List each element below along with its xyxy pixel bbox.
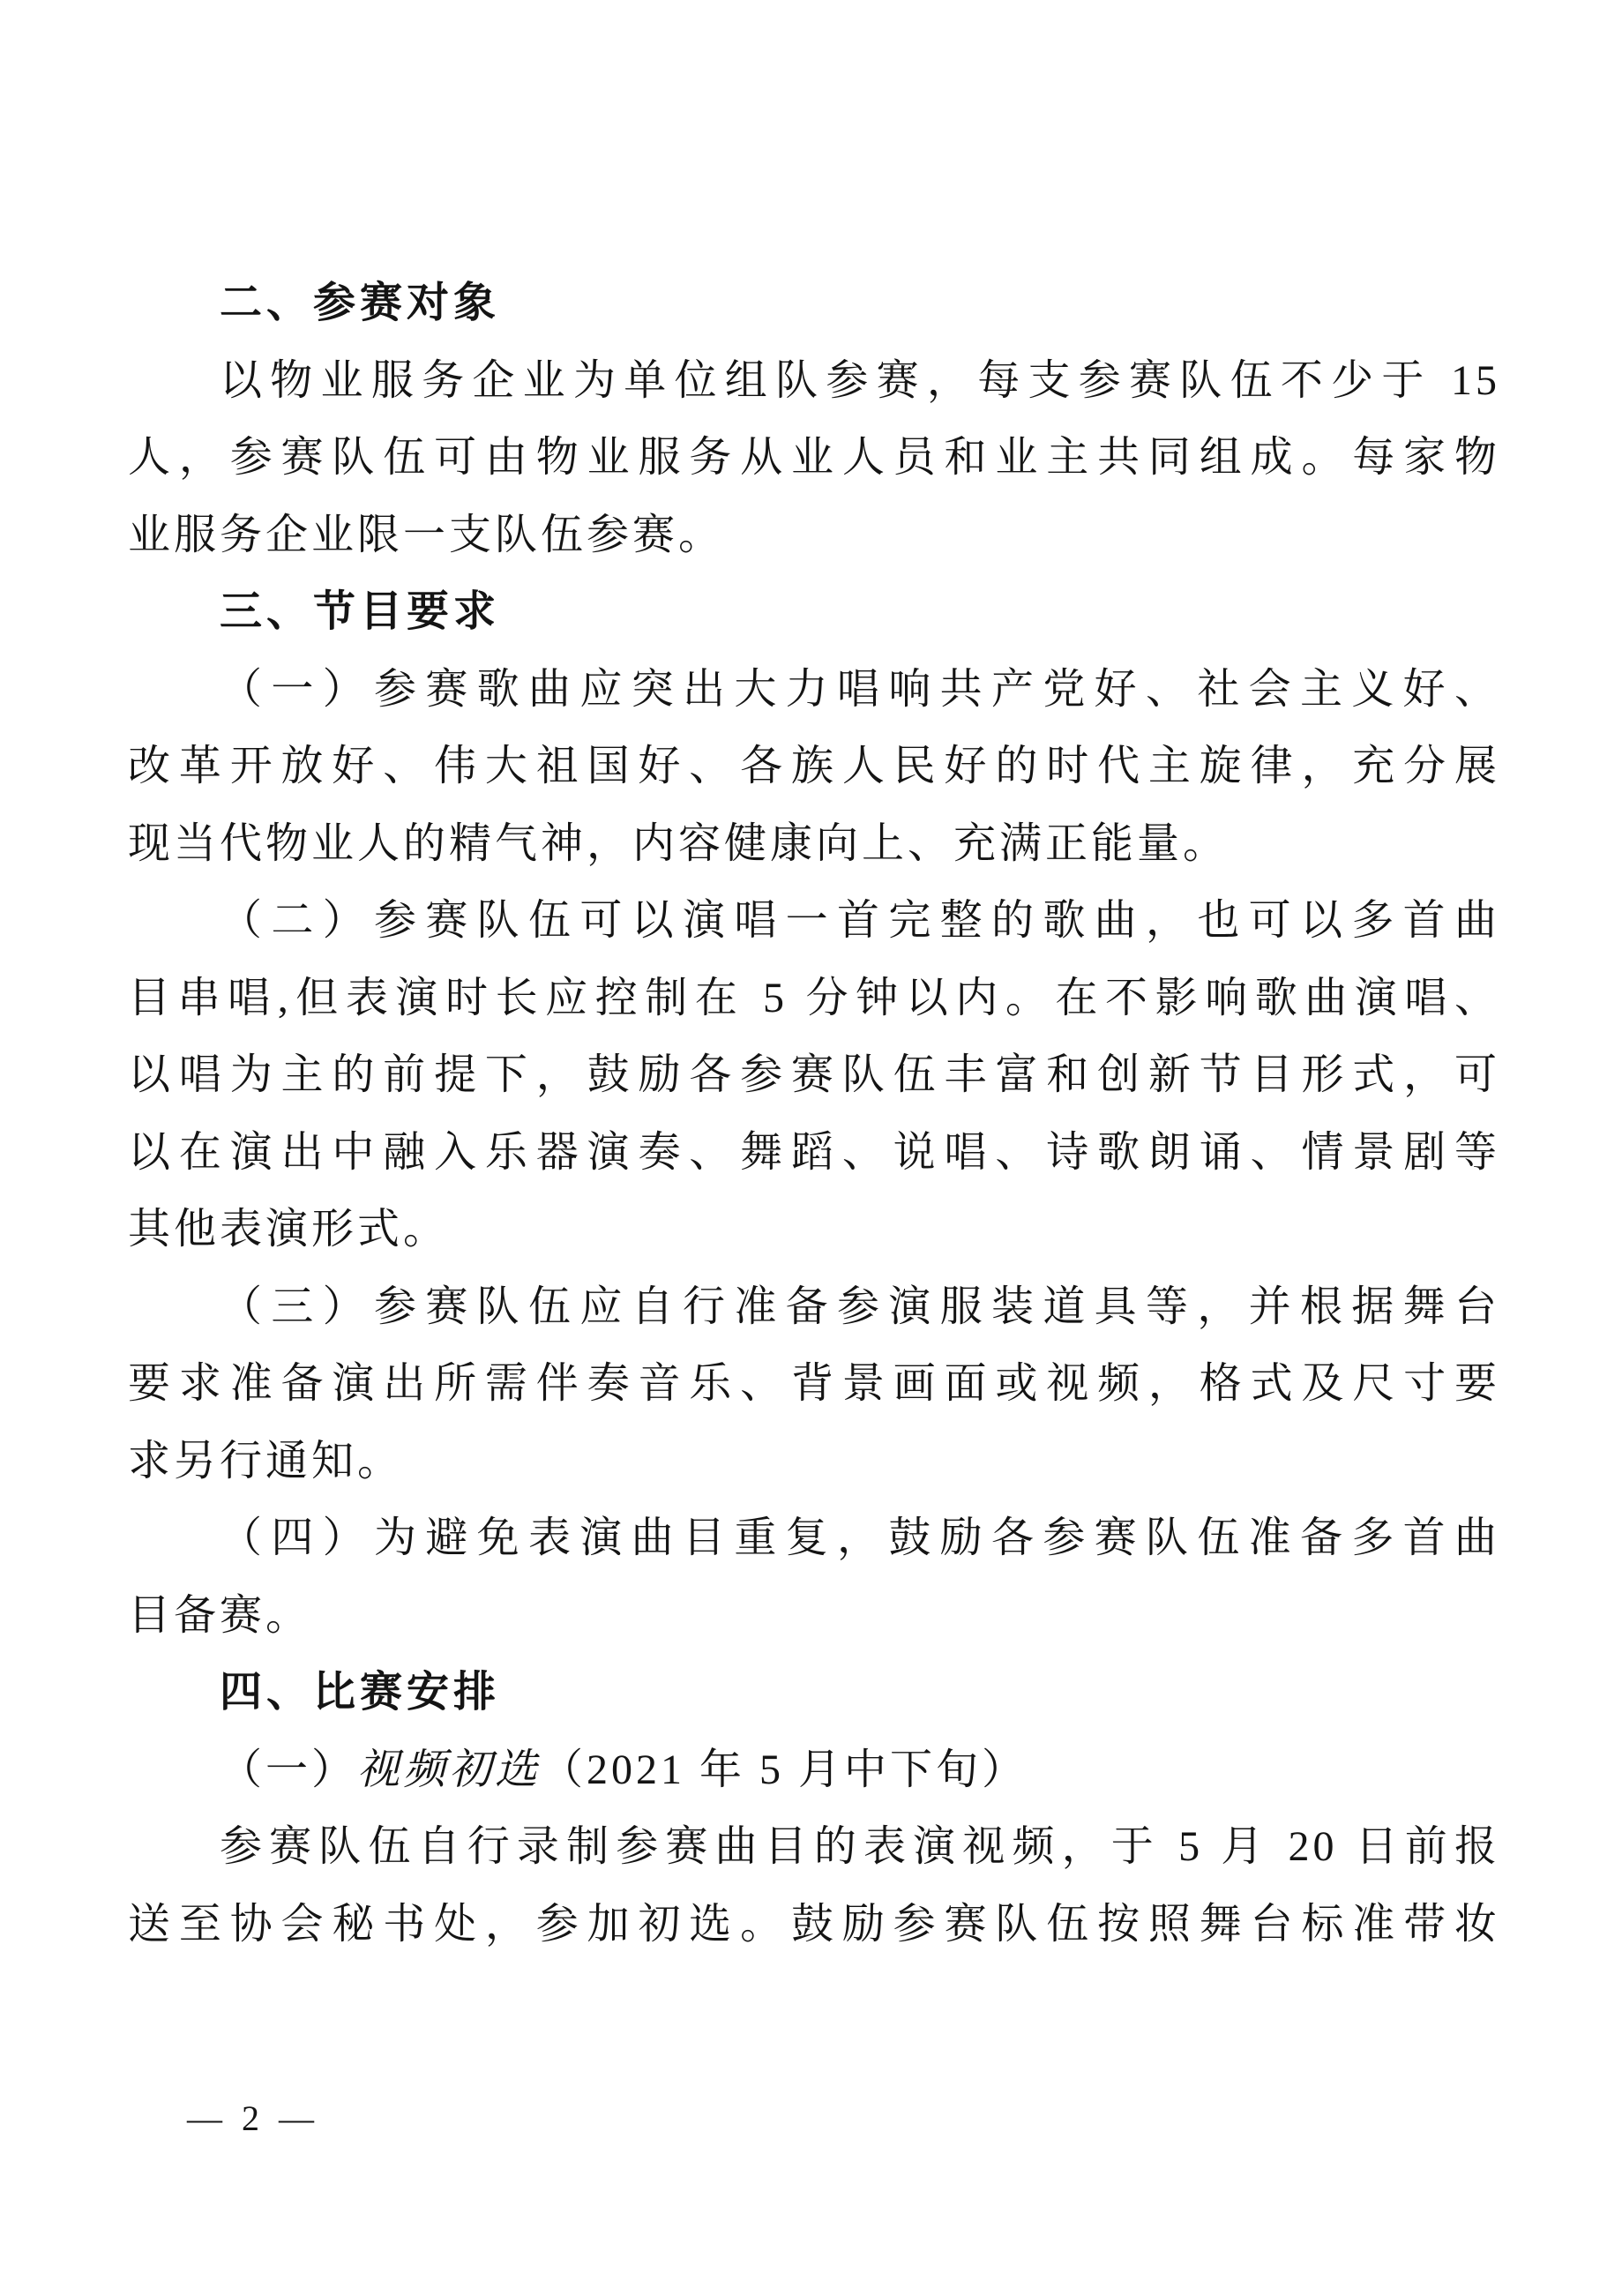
text-line: （四）为避免表演曲目重复，鼓励各参赛队伍准备多首曲 [128, 1500, 1500, 1577]
subheading-suffix: （2021 年 5 月中下旬） [541, 1746, 1028, 1793]
section-heading-participants: 二、参赛对象 [128, 265, 1500, 342]
text-line: 目备赛。 [128, 1577, 1500, 1655]
text-line: 人，参赛队伍可由物业服务从业人员和业主共同组成。每家物 [128, 419, 1500, 497]
subheading-emphasis: 视频初选 [357, 1746, 541, 1793]
text-line: 以物业服务企业为单位组队参赛，每支参赛队伍不少于 15 [128, 342, 1500, 420]
page-number: — 2 — [187, 2080, 319, 2158]
document-page: 二、参赛对象 以物业服务企业为单位组队参赛，每支参赛队伍不少于 15 人，参赛队… [0, 0, 1622, 2296]
text-line: 业服务企业限一支队伍参赛。 [128, 497, 1500, 574]
text-line: 其他表演形式。 [128, 1191, 1500, 1268]
subheading-prefix: （一） [220, 1746, 357, 1793]
text-line: 参赛队伍自行录制参赛曲目的表演视频，于 5 月 20 日前报 [128, 1808, 1500, 1886]
text-line: 目串唱,但表演时长应控制在 5 分钟以内。在不影响歌曲演唱、 [128, 960, 1500, 1037]
section-heading-competition-schedule: 四、比赛安排 [128, 1654, 1500, 1731]
text-line: 改革开放好、伟大祖国好、各族人民好的时代主旋律，充分展 [128, 728, 1500, 805]
text-line: 送至协会秘书处，参加初选。鼓励参赛队伍按照舞台标准带妆 [128, 1886, 1500, 1963]
section-heading-program-requirements: 三、节目要求 [128, 573, 1500, 651]
subheading-video-preliminary: （一）视频初选（2021 年 5 月中下旬） [128, 1731, 1500, 1809]
text-line: 要求准备演出所需伴奏音乐、背景画面或视频，格式及尺寸要 [128, 1345, 1500, 1423]
text-line: 以唱为主的前提下，鼓励各参赛队伍丰富和创新节目形式，可 [128, 1036, 1500, 1114]
text-line: （二）参赛队伍可以演唱一首完整的歌曲，也可以多首曲 [128, 882, 1500, 960]
document-body: 二、参赛对象 以物业服务企业为单位组队参赛，每支参赛队伍不少于 15 人，参赛队… [128, 265, 1500, 1963]
text-line: 现当代物业人的精气神，内容健康向上、充满正能量。 [128, 805, 1500, 883]
text-line: 求另行通知。 [128, 1423, 1500, 1500]
text-line: 以在演出中融入乐器演奏、舞蹈、说唱、诗歌朗诵、情景剧等 [128, 1114, 1500, 1192]
text-line: （一）参赛歌曲应突出大力唱响共产党好、社会主义好、 [128, 651, 1500, 729]
text-line: （三）参赛队伍应自行准备参演服装道具等，并根据舞台 [128, 1268, 1500, 1346]
